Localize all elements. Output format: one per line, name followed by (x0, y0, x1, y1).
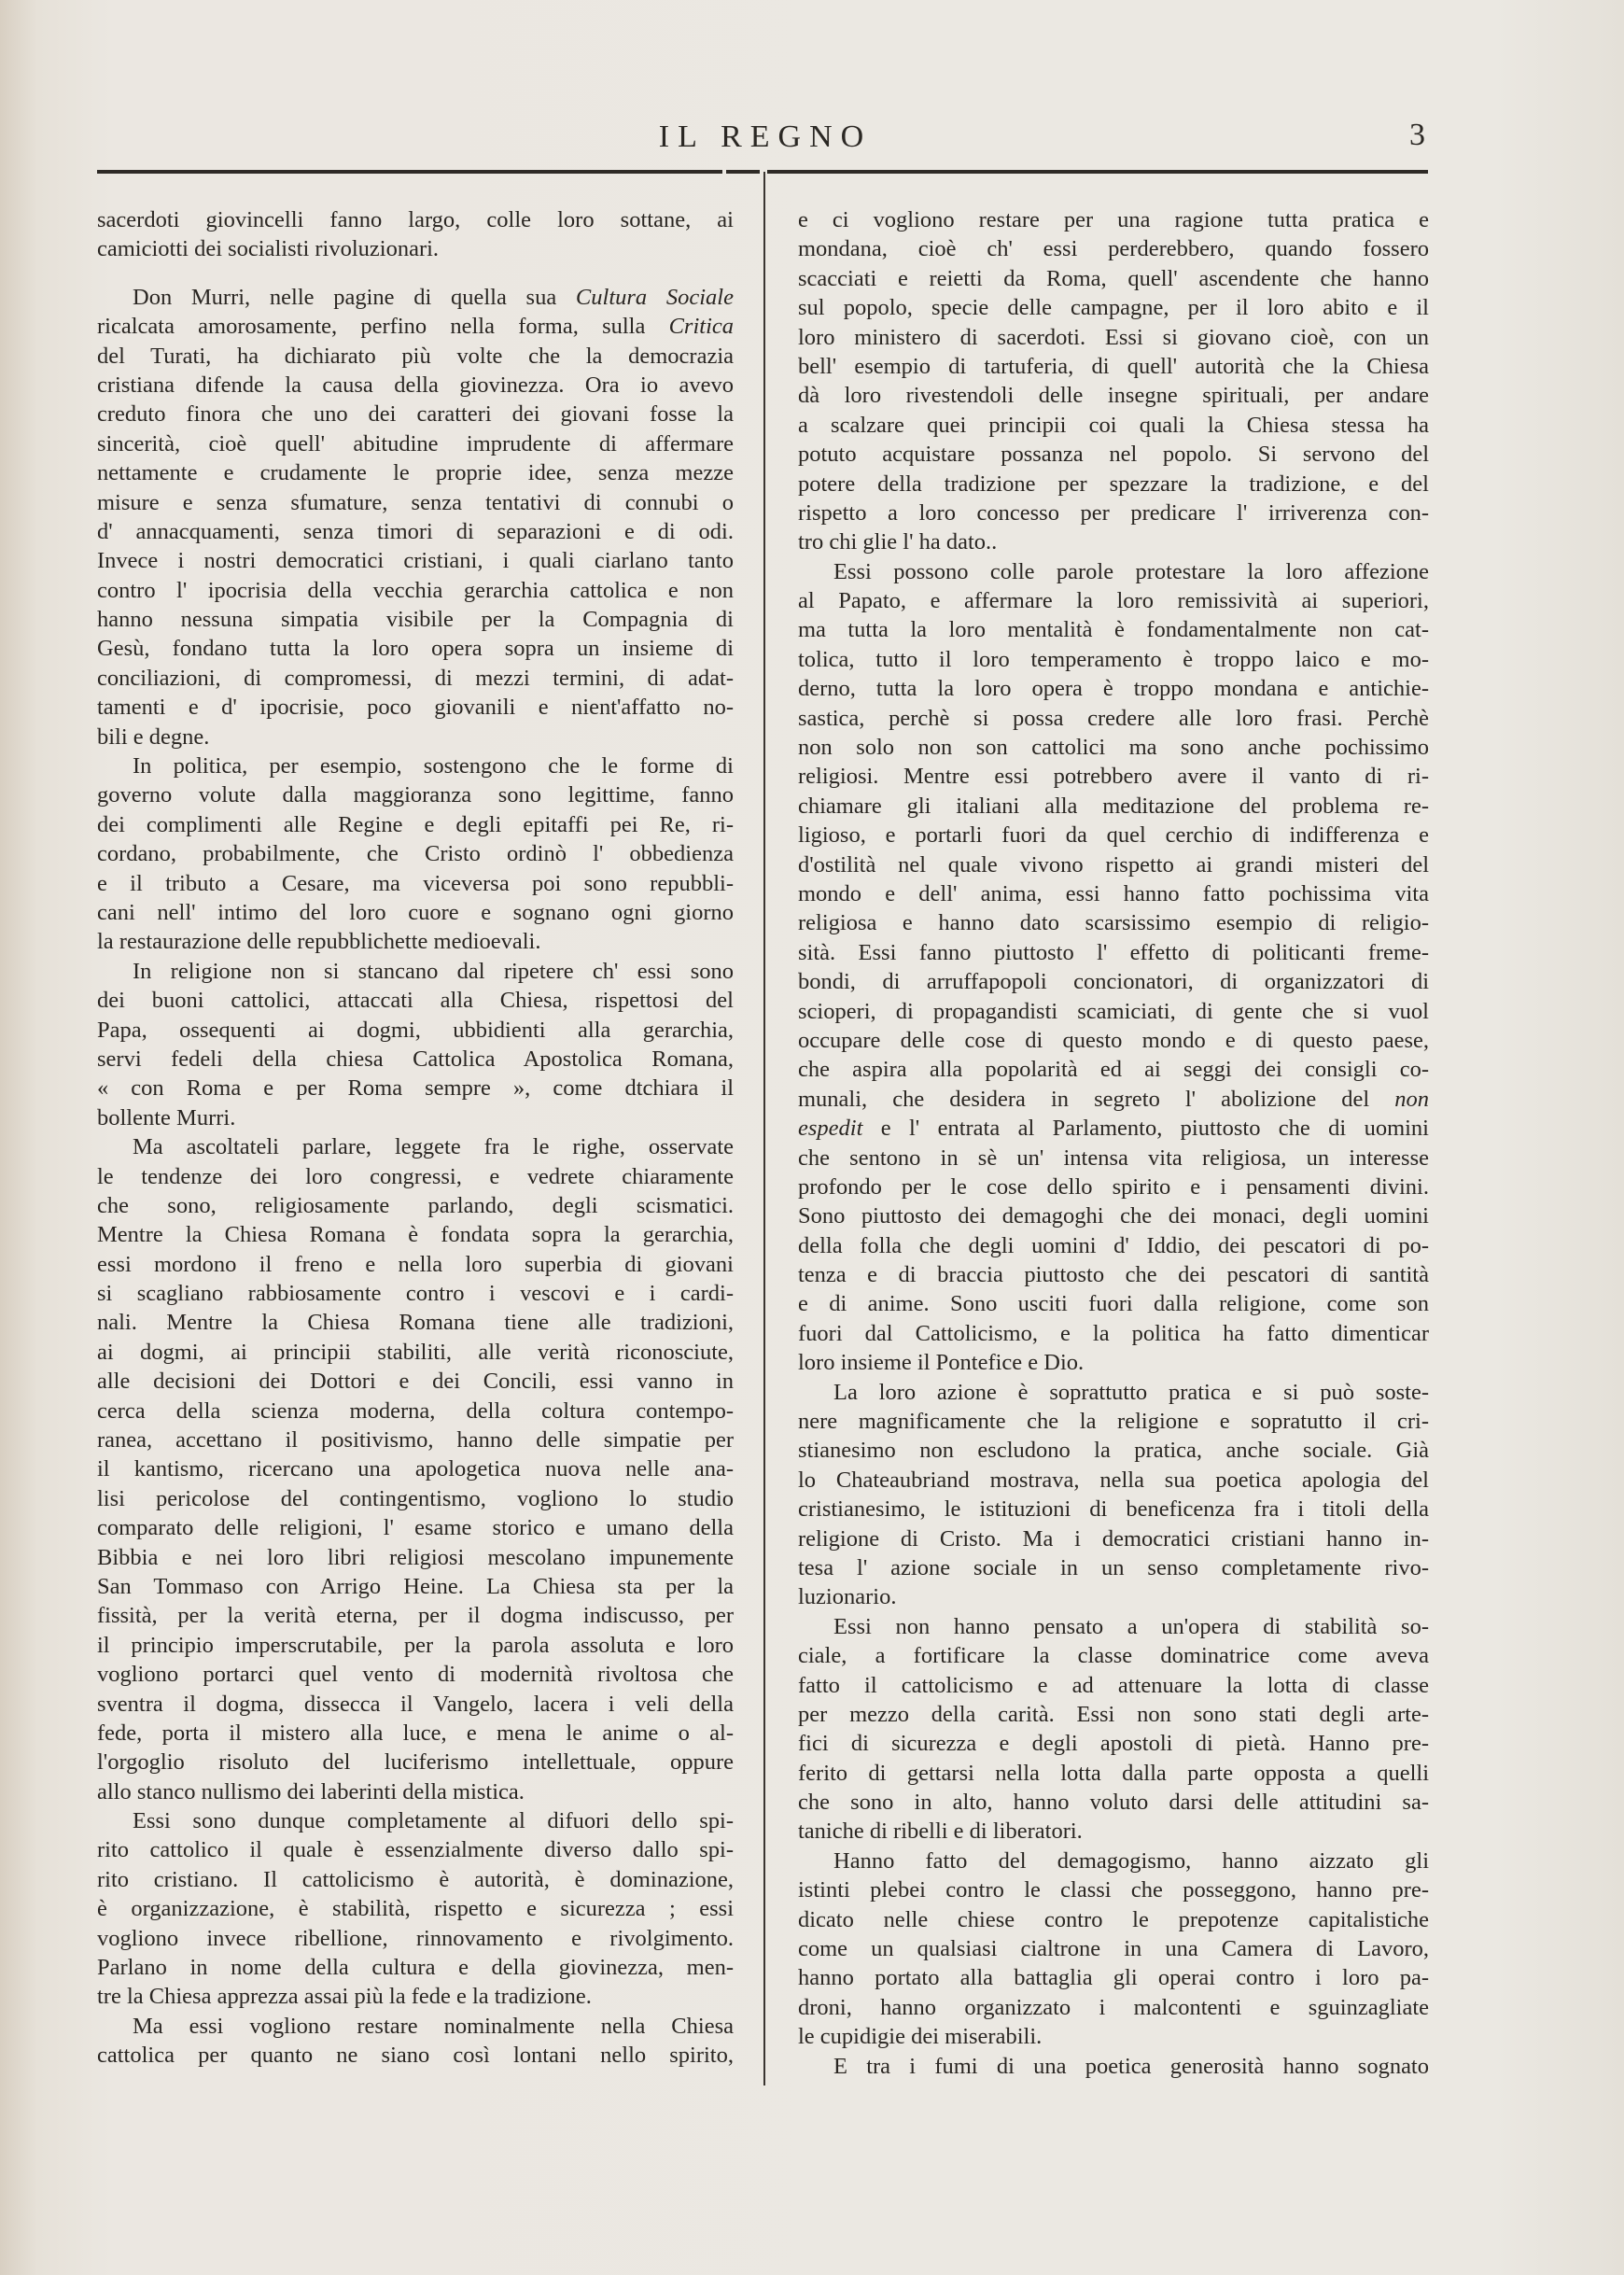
text-line: In politica, per esempio, sostengono che… (97, 751, 734, 780)
text-line: vogliono invece ribellione, rinnovamento… (97, 1924, 734, 1953)
text-line: ai dogmi, ai principii stabiliti, alle v… (97, 1338, 734, 1367)
text-line: Essi non hanno pensato a un'opera di sta… (798, 1612, 1429, 1641)
text-line: non solo non son cattolici ma sono anche… (798, 733, 1429, 762)
text-line: ma tutta la loro mentalità è fondamental… (798, 615, 1429, 644)
text-line: Gesù, fondano tutta la loro opera sopra … (97, 634, 734, 663)
text-line: bili e degne. (97, 723, 734, 751)
paragraph: Essi non hanno pensato a un'opera di sta… (798, 1612, 1429, 1847)
left-column: sacerdoti giovincelli fanno largo, colle… (97, 205, 734, 2071)
text-line: Ma essi vogliono restare nominalmente ne… (97, 2012, 734, 2041)
paragraph: Hanno fatto del demagogismo, hanno aizza… (798, 1847, 1429, 2052)
text-line: la restaurazione delle repubblichette me… (97, 927, 734, 956)
text-line: Sono piuttosto dei demagoghi che dei mon… (798, 1201, 1429, 1230)
text-line: bondi, di arruffapopoli concionatori, di… (798, 967, 1429, 996)
text-line: tamenti e d' ipocrisie, poco giovanili e… (97, 693, 734, 722)
text-line: « con Roma e per Roma sempre », come dtc… (97, 1074, 734, 1102)
paragraph: In religione non si stancano dal ripeter… (97, 957, 734, 1132)
text-line: del Turati, ha dichiarato più volte che … (97, 342, 734, 371)
text-line: San Tommaso con Arrigo Heine. La Chiesa … (97, 1572, 734, 1601)
text-line: ricalcata amorosamente, perfino nella fo… (97, 312, 734, 341)
text-line: dei complimenti alle Regine e degli epit… (97, 810, 734, 839)
text-line: le cupidigie dei miserabili. (798, 2022, 1429, 2051)
text-line: fuori dal Cattolicismo, e la politica ha… (798, 1319, 1429, 1348)
text-line: religiosi. Mentre essi potrebbero avere … (798, 762, 1429, 791)
paragraph: Ma essi vogliono restare nominalmente ne… (97, 2012, 734, 2071)
text-line: comparato delle religioni, l' esame stor… (97, 1513, 734, 1542)
text-line: religione di Cristo. Ma i democratici cr… (798, 1524, 1429, 1553)
text-line: creduto finora che uno dei caratteri dei… (97, 400, 734, 428)
text-line: istinti plebei contro le classi che poss… (798, 1875, 1429, 1904)
text-line: loro ministero di sacerdoti. Essi si gio… (798, 323, 1429, 352)
right-column: e ci vogliono restare per una ragione tu… (798, 205, 1429, 2081)
text-line: dei buoni cattolici, attaccati alla Chie… (97, 986, 734, 1015)
text-line: hanno portato alla battaglia gli operai … (798, 1963, 1429, 1992)
text-line: rispetto a loro concesso per predicare l… (798, 499, 1429, 527)
text-line: tro chi glie l' ha dato.. (798, 527, 1429, 556)
text-line: sità. Essi fanno piuttosto l' effetto di… (798, 938, 1429, 967)
italic-title: Critica (669, 314, 734, 339)
text-line: l'orgoglio risoluto del luciferismo inte… (97, 1748, 734, 1776)
text-line: Essi sono dunque completamente al difuor… (97, 1806, 734, 1835)
text-line: servi fedeli della chiesa Cattolica Apos… (97, 1045, 734, 1074)
paragraph: In politica, per esempio, sostengono che… (97, 751, 734, 957)
text-line: Essi possono colle parole protestare la … (798, 557, 1429, 586)
text-line: tre la Chiesa apprezza assai più la fede… (97, 1982, 734, 2011)
text-line: Ma ascoltateli parlare, leggete fra le r… (97, 1132, 734, 1161)
text-line: che sono, religiosamente parlando, degli… (97, 1191, 734, 1220)
text-line: profondo per le cose dello spirito e i p… (798, 1173, 1429, 1201)
text-line: e il tributo a Cesare, ma viceversa poi … (97, 869, 734, 898)
text-line: d' annacquamenti, senza timori di separa… (97, 517, 734, 546)
text-line: nere magnificamente che la religione e s… (798, 1407, 1429, 1436)
text-line: ranea, accettano il positivismo, hanno d… (97, 1425, 734, 1454)
text-line: hanno nessuna simpatia visibile per la C… (97, 605, 734, 634)
text-line: misure e senza sfumature, senza tentativ… (97, 488, 734, 517)
paragraph: Essi possono colle parole protestare la … (798, 557, 1429, 1378)
text-line: potuto acquistare possanza nel popolo. S… (798, 440, 1429, 469)
text-line: allo stanco nullismo dei laberinti della… (97, 1777, 734, 1806)
text-line: tesa l' azione sociale in un senso compl… (798, 1553, 1429, 1582)
text-line: come un qualsiasi cialtrone in una Camer… (798, 1934, 1429, 1963)
column-divider (763, 172, 765, 2085)
text-line: dicato nelle chiese contro le prepotenze… (798, 1905, 1429, 1934)
paragraph: Don Murri, nelle pagine di quella sua Cu… (97, 283, 734, 751)
text-line: ligioso, e portarli fuori da quel cerchi… (798, 821, 1429, 850)
text-line: d'ostilità nel quale vivono rispetto ai … (798, 850, 1429, 879)
text-line: camiciotti dei socialisti rivoluzionari. (97, 234, 734, 263)
text-line: In religione non si stancano dal ripeter… (97, 957, 734, 986)
text-line: Mentre la Chiesa Romana è fondata sopra … (97, 1220, 734, 1249)
text-line: loro insieme il Pontefice e Dio. (798, 1348, 1429, 1377)
text-line: taniche di ribelli e di liberatori. (798, 1817, 1429, 1846)
text-line: vogliono portarci quel vento di modernit… (97, 1660, 734, 1689)
italic-title: espedit (798, 1116, 862, 1141)
paragraph: sacerdoti giovincelli fanno largo, colle… (97, 205, 734, 264)
text-line: che aspira alla popolarità ed ai seggi d… (798, 1055, 1429, 1084)
text-line: che sentono in sè un' intensa vita relig… (798, 1144, 1429, 1173)
text-line: sventra il dogma, dissecca il Vangelo, l… (97, 1690, 734, 1719)
header-rule-right (767, 170, 1428, 174)
text-line: religiosa e hanno dato scarsissimo esemp… (798, 908, 1429, 937)
text-line: le tendenze dei loro congressi, e vedret… (97, 1162, 734, 1191)
text-line: lisi pericolose del contingentismo, vogl… (97, 1484, 734, 1513)
text-line: Don Murri, nelle pagine di quella sua Cu… (97, 283, 734, 312)
masthead-title: IL REGNO (653, 119, 877, 155)
text-line: chiamare gli italiani alla meditazione d… (798, 792, 1429, 821)
text-line: lo Chateaubriand mostrava, nella sua poe… (798, 1466, 1429, 1495)
text-line: bell' esempio di tartuferia, di quell' a… (798, 352, 1429, 381)
text-line: conciliazioni, di compromessi, di mezzi … (97, 664, 734, 693)
text-line: Papa, ossequenti ai dogmi, ubbidienti al… (97, 1016, 734, 1045)
text-line: nettamente e crudamente le proprie idee,… (97, 458, 734, 487)
text-line: a scalzare quei principii coi quali la C… (798, 411, 1429, 440)
text-line: il principio imperscrutabile, per la par… (97, 1631, 734, 1660)
text-line: mondo e dell' anima, essi hanno fatto po… (798, 879, 1429, 908)
text-line: sastica, perchè si possa credere alle lo… (798, 704, 1429, 733)
text-line: cordano, probabilmente, che Cristo ordin… (97, 839, 734, 868)
text-line: tenza e di braccia piuttosto che dei pes… (798, 1260, 1429, 1289)
text-line: cattolica per quanto ne siano così lonta… (97, 2041, 734, 2070)
text-line: rito cristiano. Il cattolicismo è autori… (97, 1865, 734, 1894)
paragraph-gap (97, 264, 734, 283)
text-line: e ci vogliono restare per una ragione tu… (798, 205, 1429, 234)
text-line: si scagliano rabbiosamente contro i vesc… (97, 1279, 734, 1308)
text-line: droni, hanno organizzato i malcontenti e… (798, 1993, 1429, 2022)
text-line: ciale, a fortificare la classe dominatri… (798, 1641, 1429, 1670)
text-line: scioperi, di propagandisti scamiciati, d… (798, 997, 1429, 1026)
text-line: contro l' ipocrisia della vecchia gerarc… (97, 576, 734, 605)
header-rule-mid (726, 170, 760, 174)
newspaper-page: IL REGNO 3 sacerdoti giovincelli fanno l… (0, 0, 1624, 2275)
text-line: scacciati e reietti da Roma, quell' asce… (798, 264, 1429, 293)
text-line: Invece i nostri democratici cristiani, i… (97, 546, 734, 575)
text-line: sincerità, cioè quell' abitudine imprude… (97, 429, 734, 458)
text-line: alle decisioni dei Dottori e dei Concili… (97, 1367, 734, 1396)
paragraph: Ma ascoltateli parlare, leggete fra le r… (97, 1132, 734, 1806)
text-line: cani nell' intimo del loro cuore e sogna… (97, 898, 734, 927)
text-line: governo volute dalla maggioranza sono le… (97, 780, 734, 809)
text-line: sul popolo, specie delle campagne, per i… (798, 293, 1429, 322)
text-line: il kantismo, ricercano una apologetica n… (97, 1454, 734, 1483)
text-line: che sono in alto, hanno voluto darsi del… (798, 1788, 1429, 1817)
text-line: cristiana difende la causa della giovine… (97, 371, 734, 400)
text-line: E tra i fumi di una poetica generosità h… (798, 2052, 1429, 2081)
header-rule-left (97, 170, 722, 174)
text-line: rito cattolico il quale è essenzialmente… (97, 1835, 734, 1864)
text-line: bollente Murri. (97, 1103, 734, 1132)
paragraph: Essi sono dunque completamente al difuor… (97, 1806, 734, 2012)
text-line: fede, porta il mistero alla luce, e mena… (97, 1719, 734, 1748)
page-number: 3 (1409, 118, 1425, 153)
text-line: sacerdoti giovincelli fanno largo, colle… (97, 205, 734, 234)
text-line: fici di sicurezza e degli apostoli di pi… (798, 1729, 1429, 1758)
paragraph: La loro azione è soprattutto pratica e s… (798, 1378, 1429, 1612)
text-line: cerca della scienza moderna, della coltu… (97, 1397, 734, 1425)
italic-title: non (1394, 1087, 1429, 1112)
text-line: luzionario. (798, 1582, 1429, 1611)
text-line: dà loro rivestendoli delle insegne spiri… (798, 381, 1429, 410)
text-line: potere della tradizione per spezzare la … (798, 470, 1429, 499)
text-line: mondana, cioè ch' essi perderebbero, qua… (798, 234, 1429, 263)
text-line: fatto il cattolicismo e ad attenuare la … (798, 1671, 1429, 1700)
text-line: Hanno fatto del demagogismo, hanno aizza… (798, 1847, 1429, 1875)
text-line: Bibbia e nei loro libri religiosi mescol… (97, 1543, 734, 1572)
text-line: occupare delle cose di questo mondo e di… (798, 1026, 1429, 1055)
text-line: derno, tutta la loro opera è troppo mond… (798, 674, 1429, 703)
text-line: munali, che desidera in segreto l' aboli… (798, 1085, 1429, 1114)
text-line: della folla che degli uomini d' Iddio, d… (798, 1231, 1429, 1260)
text-line: cristianesimo, le istituzioni di benefic… (798, 1495, 1429, 1524)
text-line: è organizzazione, è stabilità, rispetto … (97, 1894, 734, 1923)
text-line: per mezzo della carità. Essi non sono st… (798, 1700, 1429, 1729)
text-line: nali. Mentre la Chiesa Romana tiene alle… (97, 1308, 734, 1337)
text-line: La loro azione è soprattutto pratica e s… (798, 1378, 1429, 1407)
text-line: Parlano in nome della cultura e della gi… (97, 1953, 734, 1982)
text-line: al Papato, e affermare la loro remissivi… (798, 586, 1429, 615)
text-line: ferito di gettarsi nella lotta dalla par… (798, 1759, 1429, 1788)
text-line: tolica, tutto il loro temperamento è tro… (798, 645, 1429, 674)
text-line: espedit e l' entrata al Parlamento, piut… (798, 1114, 1429, 1143)
text-line: e di anime. Sono usciti fuori dalla reli… (798, 1289, 1429, 1318)
text-line: fissità, per la verità eterna, per il do… (97, 1601, 734, 1630)
text-line: stianesimo non escludono la pratica, anc… (798, 1436, 1429, 1465)
italic-title: Cultura Sociale (576, 285, 734, 310)
paragraph: e ci vogliono restare per una ragione tu… (798, 205, 1429, 557)
text-line: essi mordono il freno e nella loro super… (97, 1250, 734, 1279)
paragraph: E tra i fumi di una poetica generosità h… (798, 2052, 1429, 2081)
